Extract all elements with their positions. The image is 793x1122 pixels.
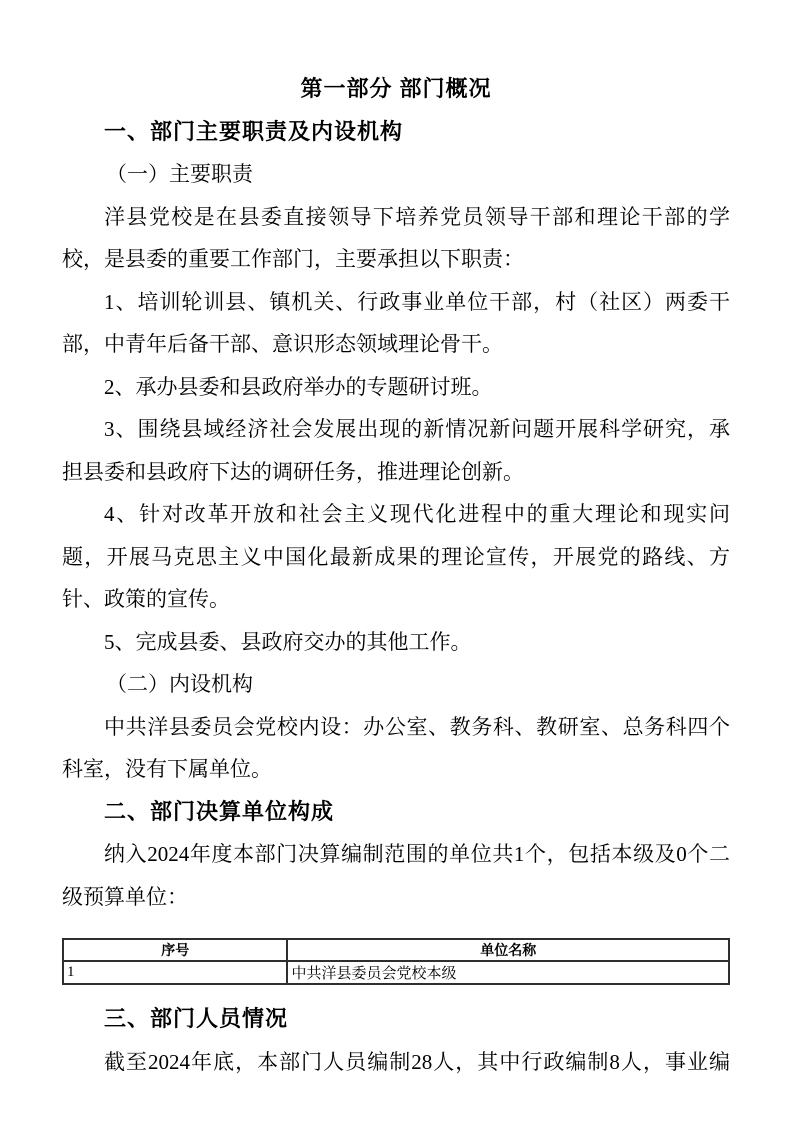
paragraph: 1、培训轮训县、镇机关、行政事业单位干部，村（社区）两委干部，中青年后备干部、意… (62, 281, 730, 366)
paragraph-line: 科室，没有下属单位。 (62, 748, 730, 791)
section-heading: 三、部门人员情况 (62, 998, 730, 1041)
paragraph: 3、围绕县域经济社会发展出现的新情况新问题开展科学研究，承担县委和县政府下达的调… (62, 408, 730, 493)
subsection-heading: （二）内设机构 (62, 663, 730, 706)
paragraph-line: 1、培训轮训县、镇机关、行政事业单位干部，村（社区）两委干 (62, 281, 730, 324)
document-page: 第一部分 部门概况 一、部门主要职责及内设机构（一）主要职责洋县党校是在县委直接… (0, 0, 793, 1122)
paragraph: 4、针对改革开放和社会主义现代化进程中的重大理论和现实问题，开展马克思主义中国化… (62, 493, 730, 621)
paragraph-line: 截至2024年底，本部门人员编制28人，其中行政编制8人，事业编 (62, 1041, 730, 1084)
paragraph: 5、完成县委、县政府交办的其他工作。 (62, 621, 730, 664)
paragraph-line: 洋县党校是在县委直接领导下培养党员领导干部和理论干部的学 (62, 196, 730, 239)
paragraph-line: 校，是县委的重要工作部门，主要承担以下职责： (62, 238, 730, 281)
paragraph-line: 4、针对改革开放和社会主义现代化进程中的重大理论和现实问 (62, 493, 730, 536)
paragraph: 2、承办县委和县政府举办的专题研讨班。 (62, 366, 730, 409)
paragraph-line: 3、围绕县域经济社会发展出现的新情况新问题开展科学研究，承 (62, 408, 730, 451)
table-row: 1中共洋县委员会党校本级 (63, 961, 729, 984)
paragraph-line: 5、完成县委、县政府交办的其他工作。 (62, 621, 730, 664)
paragraph-line: 中共洋县委员会党校内设：办公室、教务科、教研室、总务科四个 (62, 706, 730, 749)
paragraph: 截至2024年底，本部门人员编制28人，其中行政编制8人，事业编 (62, 1041, 730, 1084)
header-cell-serial: 序号 (63, 939, 287, 961)
paragraph-line: 2、承办县委和县政府举办的专题研讨班。 (62, 366, 730, 409)
paragraph-line: 部，中青年后备干部、意识形态领域理论骨干。 (62, 323, 730, 366)
paragraph: 纳入2024年度本部门决算编制范围的单位共1个，包括本级及0个二级预算单位： (62, 833, 730, 918)
paragraph: 中共洋县委员会党校内设：办公室、教务科、教研室、总务科四个科室，没有下属单位。 (62, 706, 730, 791)
paragraph: 洋县党校是在县委直接领导下培养党员领导干部和理论干部的学校，是县委的重要工作部门… (62, 196, 730, 281)
paragraph-line: 担县委和县政府下达的调研任务，推进理论创新。 (62, 451, 730, 494)
cell-unit-name: 中共洋县委员会党校本级 (287, 961, 729, 984)
cell-serial: 1 (63, 961, 287, 984)
section-heading: 二、部门决算单位构成 (62, 791, 730, 834)
table-header-row: 序号单位名称 (63, 939, 729, 961)
paragraph-line: 题，开展马克思主义中国化最新成果的理论宣传，开展党的路线、方 (62, 536, 730, 579)
paragraph-line: 纳入2024年度本部门决算编制范围的单位共1个，包括本级及0个二 (62, 833, 730, 876)
paragraph-line: 针、政策的宣传。 (62, 578, 730, 621)
subsection-heading: （一）主要职责 (62, 153, 730, 196)
document-body: 一、部门主要职责及内设机构（一）主要职责洋县党校是在县委直接领导下培养党员领导干… (62, 111, 730, 1084)
section-heading: 一、部门主要职责及内设机构 (62, 111, 730, 154)
page-title: 第一部分 部门概况 (62, 68, 730, 111)
paragraph-line: 级预算单位： (62, 876, 730, 919)
units-table: 序号单位名称1中共洋县委员会党校本级 (62, 938, 730, 985)
header-cell-unit-name: 单位名称 (287, 939, 729, 961)
